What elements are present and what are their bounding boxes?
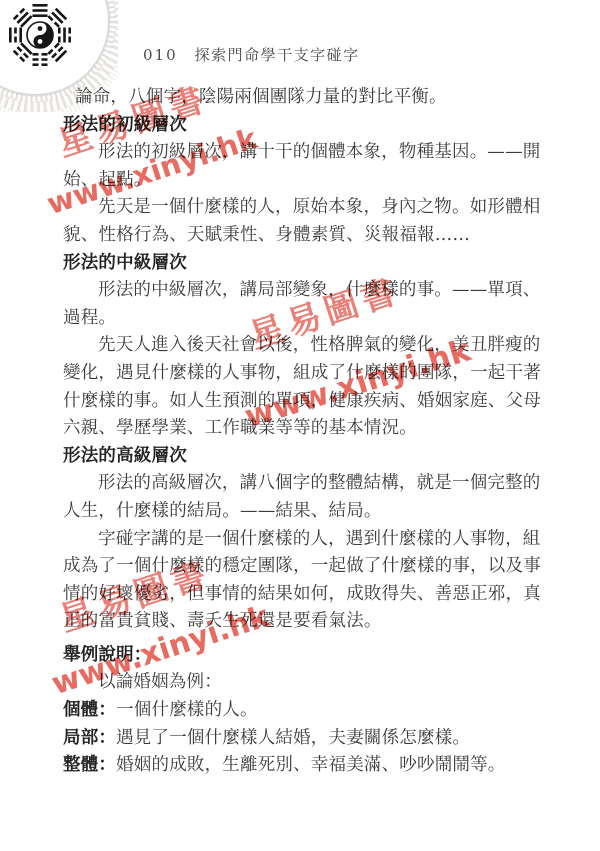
text-line: 形法的高級層次，講八個字的整體結構，就是一個完整的: [63, 470, 553, 498]
line-text: 成為了一個什麼樣的穩定團隊，一起做了什麼樣的事，以及事: [63, 556, 541, 576]
line-text: 人生，什麼樣的結局。——結果、結局。: [63, 501, 382, 521]
text-line: 個體：一個什麼樣的人。: [63, 697, 553, 725]
line-text: 一個什麼樣的人。: [116, 700, 258, 720]
text-line: 先天是一個什麼樣的人，原始本象，身內之物。如形體相: [63, 194, 553, 222]
text-line: 什麼樣的事。如人生預測的單項，健康疾病、婚姻家庭、父母: [63, 388, 553, 416]
line-text: 情的好壞優劣，但事情的結果如何，成敗得失、善惡正邪，真: [63, 584, 541, 604]
line-label: 整體：: [63, 755, 116, 775]
text-line: 形法的初級層次，講十干的個體本象，物種基因。——開: [63, 139, 553, 167]
line-text: 形法的高級層次: [63, 446, 187, 466]
line-text: 什麼樣的事。如人生預測的單項，健康疾病、婚姻家庭、父母: [63, 391, 541, 411]
line-text: 以論婚姻為例：: [98, 672, 222, 692]
line-text: 舉例說明：: [63, 645, 152, 665]
text-line: 成為了一個什麼樣的穩定團隊，一起做了什麼樣的事，以及事: [63, 553, 553, 581]
text-line: 先天人進入後天社會以後，性格脾氣的變化，美丑胖瘦的: [63, 332, 553, 360]
text-line: 局部：遇見了一個什麼樣人結婚，夫妻關係怎麼樣。: [63, 725, 553, 753]
book-title: 探索門命學干支字碰字: [195, 44, 360, 65]
section-heading: 形法的初級層次: [63, 112, 553, 140]
line-text: 遇見了一個什麼樣人結婚，夫妻關係怎麼樣。: [116, 728, 470, 748]
line-text: 形法的中級層次，講局部變象，什麼樣的事。——單項、: [98, 280, 541, 300]
body-text: 論命，八個字，陰陽兩個團隊力量的對比平衡。形法的初級層次形法的初級層次，講十干的…: [63, 84, 553, 780]
line-text: 字碰字講的是一個什麼樣的人，遇到什麼樣的人事物，組: [98, 529, 541, 549]
text-line: 貌、性格行為、天賦秉性、身體素質、災報福報……: [63, 222, 553, 250]
line-text: 論命，八個字，陰陽兩個團隊力量的對比平衡。: [75, 87, 447, 107]
line-text: 始、起點。: [63, 170, 152, 190]
line-text: 六親、學歷學業、工作職業等等的基本情況。: [63, 418, 417, 438]
text-line: 變化，遇見什麼樣的人事物，組成了什麼樣的團隊，一起干著: [63, 360, 553, 388]
text-line: 論命，八個字，陰陽兩個團隊力量的對比平衡。: [63, 84, 553, 112]
section-heading: 形法的高級層次: [63, 443, 553, 471]
line-text: 形法的高級層次，講八個字的整體結構，就是一個完整的: [98, 473, 541, 493]
line-text: 婚姻的成敗，生離死別、幸福美滿、吵吵鬧鬧等。: [116, 755, 505, 775]
line-text: 形法的中級層次: [63, 253, 187, 273]
text-line: 六親、學歷學業、工作職業等等的基本情況。: [63, 415, 553, 443]
text-line: 始、起點。: [63, 167, 553, 195]
text-line: 情的好壞優劣，但事情的結果如何，成敗得失、善惡正邪，真: [63, 581, 553, 609]
text-line: 人生，什麼樣的結局。——結果、結局。: [63, 498, 553, 526]
section-heading: 舉例說明：: [63, 642, 553, 670]
section-heading: 形法的中級層次: [63, 250, 553, 278]
line-text: 先天人進入後天社會以後，性格脾氣的變化，美丑胖瘦的: [98, 335, 541, 355]
line-label: 個體：: [63, 700, 116, 720]
line-text: 先天是一個什麼樣的人，原始本象，身內之物。如形體相: [98, 197, 541, 217]
line-text: 變化，遇見什麼樣的人事物，組成了什麼樣的團隊，一起干著: [63, 363, 541, 383]
text-line: 形法的中級層次，講局部變象，什麼樣的事。——單項、: [63, 277, 553, 305]
text-line: 以論婚姻為例：: [63, 669, 553, 697]
running-header: 010 探索門命學干支字碰字: [143, 44, 360, 65]
line-text: 形法的初級層次，講十干的個體本象，物種基因。——開: [98, 142, 541, 162]
line-label: 局部：: [63, 728, 116, 748]
page-number: 010: [143, 46, 178, 64]
text-line: 整體：婚姻的成敗，生離死別、幸福美滿、吵吵鬧鬧等。: [63, 752, 553, 780]
line-text: 形法的初級層次: [63, 115, 187, 135]
yin-yang-icon: [27, 22, 53, 48]
text-line: 字碰字講的是一個什麼樣的人，遇到什麼樣的人事物，組: [63, 526, 553, 554]
text-line: 正的富貴貧賤、壽夭生死還是要看氣法。: [63, 608, 553, 636]
text-line: 過程。: [63, 305, 553, 333]
line-text: 正的富貴貧賤、壽夭生死還是要看氣法。: [63, 611, 382, 631]
book-page: 010 探索門命學干支字碰字 論命，八個字，陰陽兩個團隊力量的對比平衡。形法的初…: [0, 0, 600, 851]
line-text: 貌、性格行為、天賦秉性、身體素質、災報福報……: [63, 225, 470, 245]
line-text: 過程。: [63, 308, 116, 328]
